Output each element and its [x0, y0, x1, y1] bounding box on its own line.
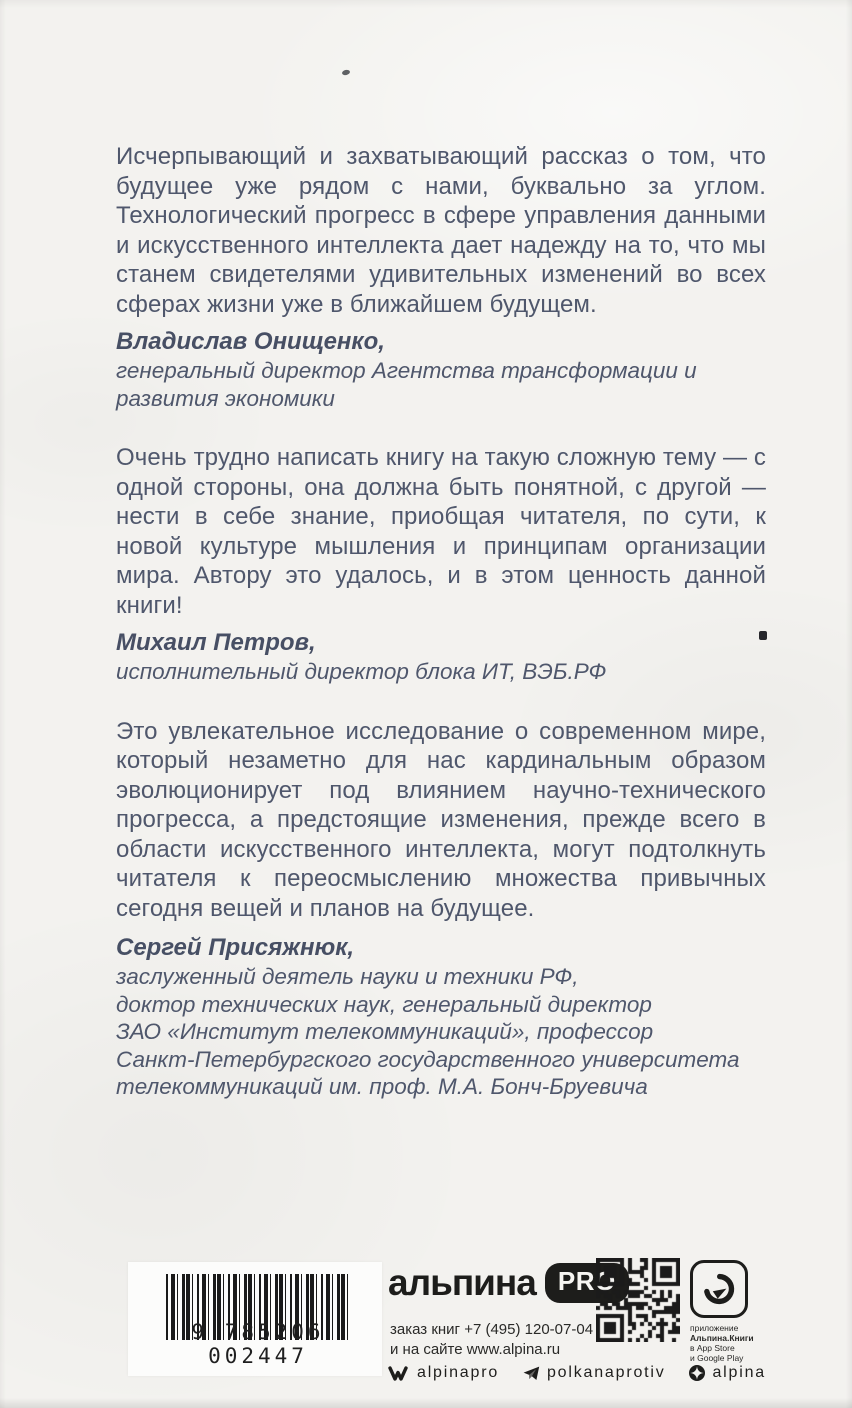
author-name: Сергей Присяжнюк, [116, 933, 766, 963]
testimonial-text: Это увлекательное исследование о совреме… [116, 717, 766, 924]
testimonial-1: Исчерпывающий и захватывающий рассказ о … [116, 142, 766, 412]
social-handle: alpinapro [417, 1364, 499, 1382]
author-role: генеральный директор Агентства трансформ… [116, 357, 766, 412]
order-info: заказ книг +7 (495) 120-07-04 и на сайте… [390, 1320, 593, 1360]
publisher-logo: альпина PRO [388, 1262, 629, 1304]
social-vk: alpinapro [388, 1364, 499, 1382]
testimonial-text: Исчерпывающий и захватывающий рассказ о … [116, 142, 766, 319]
app-caption-line: Альпина.Книги [690, 1333, 770, 1343]
dzen-icon [689, 1365, 705, 1381]
publisher-name: альпина [388, 1262, 536, 1304]
order-phone: заказ книг +7 (495) 120-07-04 [390, 1320, 593, 1340]
telegram-icon [523, 1366, 540, 1381]
testimonial-3: Это увлекательное исследование о совреме… [116, 717, 766, 1101]
app-caption-line: в App Store [690, 1343, 770, 1353]
testimonial-text: Очень трудно написать книгу на такую сло… [116, 443, 766, 620]
qr-code [596, 1258, 680, 1342]
qr-code-canvas [596, 1258, 680, 1342]
book-back-cover: Исчерпывающий и захватывающий рассказ о … [0, 0, 852, 1408]
app-caption: приложение Альпина.Книги в App Store и G… [690, 1323, 770, 1363]
publisher-footer: 9 785206 002447 альпина PRO заказ книг +… [128, 1258, 768, 1384]
order-website: и на сайте www.alpina.ru [390, 1340, 593, 1360]
social-dzen: alpina [689, 1364, 766, 1382]
social-handle: alpina [712, 1364, 766, 1382]
app-promo: приложение Альпина.Книги в App Store и G… [690, 1260, 770, 1363]
app-caption-line: приложение [690, 1323, 770, 1333]
alpina-a-glyph [702, 1272, 736, 1306]
testimonial-attribution: Владислав Онищенко, генеральный директор… [116, 327, 766, 412]
author-role: заслуженный деятель науки и техники РФ, … [116, 963, 766, 1101]
testimonial-attribution: Сергей Присяжнюк, заслуженный деятель на… [116, 933, 766, 1101]
author-role: исполнительный директор блока ИТ, ВЭБ.РФ [116, 658, 766, 686]
vk-icon [388, 1366, 410, 1381]
barcode: 9 785206 002447 [128, 1262, 382, 1376]
alpina-app-icon [690, 1260, 748, 1318]
testimonial-2: Очень трудно написать книгу на такую сло… [116, 443, 766, 686]
testimonials-section: Исчерпывающий и захватывающий рассказ о … [116, 142, 766, 1132]
author-name: Владислав Онищенко, [116, 327, 766, 357]
app-caption-line: и Google Play [690, 1353, 770, 1363]
social-handle: polkanaprotiv [547, 1364, 666, 1382]
isbn-number: 9 785206 002447 [134, 1320, 382, 1368]
paper-speck [342, 69, 351, 76]
social-row: alpinapro polkanaprotiv alpina [388, 1364, 766, 1382]
testimonial-attribution: Михаил Петров, исполнительный директор б… [116, 628, 766, 686]
author-name: Михаил Петров, [116, 628, 766, 658]
social-telegram: polkanaprotiv [523, 1364, 666, 1382]
